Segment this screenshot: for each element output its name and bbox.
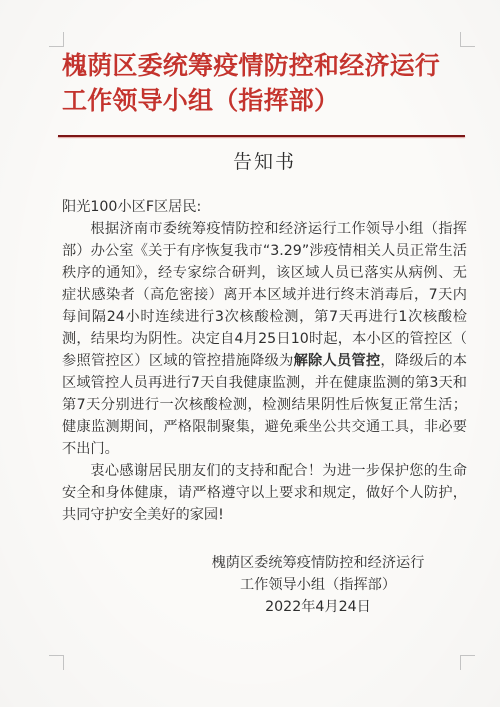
signature-date: 2022年4月24日 bbox=[178, 596, 458, 618]
body-line: 衷心感谢居民朋友们的支持和配合！为进一步保护您的生命 bbox=[62, 460, 467, 482]
body-line: 健康监测期间，严格限制聚集，避免乘坐公共交通工具，非必要 bbox=[62, 416, 467, 438]
body-line: 根据济南市委统筹疫情防控和经济运行工作领导小组（指挥 bbox=[62, 218, 467, 240]
body-line: 测，结果均为阴性。决定自4月25日10时起，本小区的管控区（ bbox=[62, 328, 467, 350]
body-text: 参照管控区）区域的管控措施降级为 bbox=[62, 353, 294, 369]
body-line: 共同守护安全美好的家园! bbox=[62, 504, 467, 526]
body-line: 部）办公室《关于有序恢复我市“3.29”涉疫情相关人员正常生活 bbox=[62, 240, 467, 262]
margin-mark-bottom-left-icon bbox=[49, 655, 64, 670]
salutation: 阳光100小区F区居民: bbox=[62, 196, 467, 218]
document-title: 告知书 bbox=[62, 150, 467, 174]
margin-mark-bottom-right-icon bbox=[460, 655, 475, 670]
notice-body: 阳光100小区F区居民: 根据济南市委统筹疫情防控和经济运行工作领导小组（指挥 … bbox=[62, 196, 467, 526]
signature-block: 槐荫区委统筹疫情防控和经济运行 工作领导小组（指挥部） 2022年4月24日 bbox=[178, 552, 458, 618]
body-text: ，降级后的本 bbox=[380, 353, 467, 369]
margin-mark-top-right-icon bbox=[460, 32, 475, 47]
letterhead: 槐荫区委统筹疫情防控和经济运行 工作领导小组（指挥部） bbox=[62, 48, 472, 118]
body-line: 区域管控人员再进行7天自我健康监测，并在健康监测的第3天和 bbox=[62, 372, 467, 394]
letterhead-divider bbox=[58, 135, 465, 137]
body-line: 不出门。 bbox=[62, 438, 467, 460]
body-line: 第7天分别进行一次核酸检测，检测结果阴性后恢复正常生活； bbox=[62, 394, 467, 416]
margin-mark-top-left-icon bbox=[49, 32, 64, 47]
body-line: 秩序的通知》，经专家综合研判，该区域人员已落实从病例、无 bbox=[62, 262, 467, 284]
notice-document-page: 槐荫区委统筹疫情防控和经济运行 工作领导小组（指挥部） 告知书 阳光100小区F… bbox=[0, 0, 500, 707]
letterhead-line1: 槐荫区委统筹疫情防控和经济运行 bbox=[62, 48, 472, 83]
body-text-bold: 解除人员管控 bbox=[294, 353, 381, 369]
body-line: 安全和身体健康，请严格遵守以上要求和规定，做好个人防护， bbox=[62, 482, 467, 504]
letterhead-line2: 工作领导小组（指挥部） bbox=[62, 83, 472, 118]
body-line: 症状感染者（高危密接）离开本区域并进行终末消毒后，7天内 bbox=[62, 284, 467, 306]
body-line: 每间隔24小时连续进行3次核酸检测，第7天再进行1次核酸检 bbox=[62, 306, 467, 328]
body-line-with-bold: 参照管控区）区域的管控措施降级为解除人员管控，降级后的本 bbox=[62, 350, 467, 372]
signature-org-line2: 工作领导小组（指挥部） bbox=[178, 574, 458, 596]
signature-org-line1: 槐荫区委统筹疫情防控和经济运行 bbox=[178, 552, 458, 574]
